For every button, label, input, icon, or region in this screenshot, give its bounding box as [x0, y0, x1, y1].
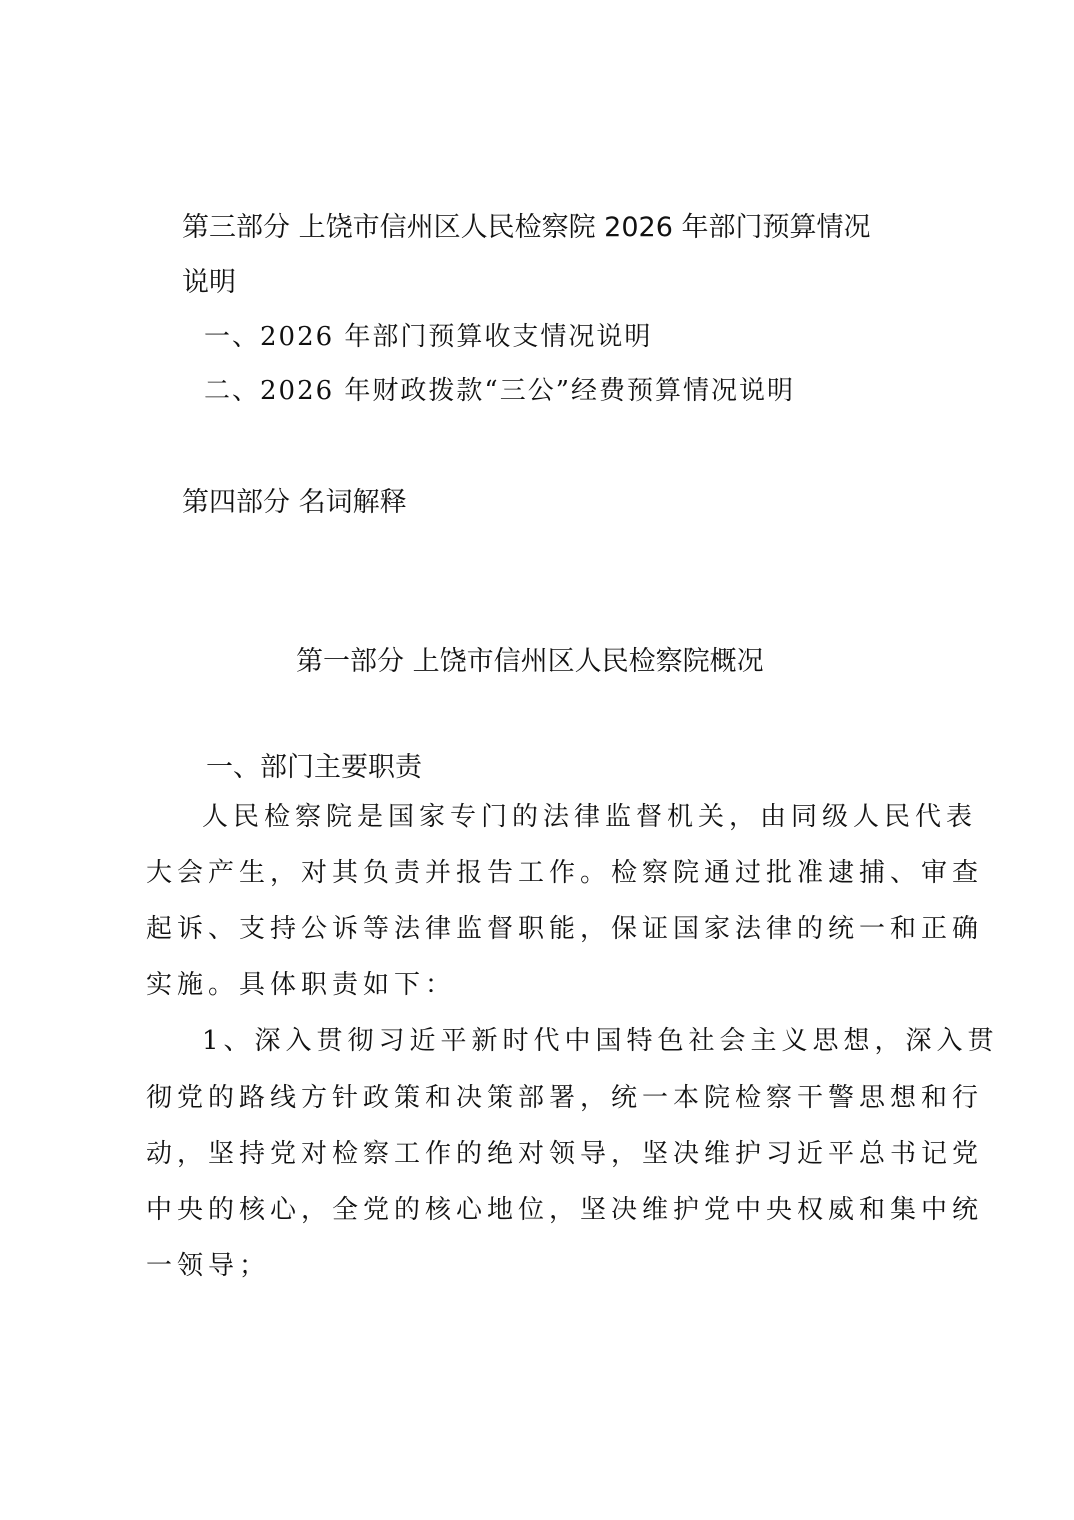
part3-title-line1: 第三部分 上饶市信州区人民检察院 2026 年部门预算情况 — [182, 205, 870, 244]
duty1-line-2: 彻党的路线方针政策和决策部署，统一本院检察干警思想和行 — [146, 1077, 983, 1114]
part3-item-2: 二、2026 年财政拨款“三公”经费预算情况说明 — [204, 370, 795, 407]
intro-line-1: 人民检察院是国家专门的法律监督机关，由同级人民代表 — [202, 796, 977, 833]
section1-subheading: 一、部门主要职责 — [206, 745, 422, 784]
part4-title: 第四部分 名词解释 — [182, 480, 407, 519]
intro-line-2: 大会产生，对其负责并报告工作。检察院通过批准逮捕、审查 — [146, 852, 983, 889]
duty1-line-4: 中央的核心，全党的核心地位，坚决维护党中央权威和集中统 — [146, 1189, 983, 1226]
part3-item-1: 一、2026 年部门预算收支情况说明 — [204, 316, 652, 353]
intro-line-4: 实施。具体职责如下： — [146, 964, 456, 1001]
part3-title-line2: 说明 — [182, 260, 236, 299]
duty1-line-1: 1、深入贯彻习近平新时代中国特色社会主义思想，深入贯 — [202, 1020, 999, 1057]
duty1-line-5: 一领导； — [146, 1245, 270, 1282]
section1-title: 第一部分 上饶市信州区人民检察院概况 — [296, 639, 764, 678]
intro-line-3: 起诉、支持公诉等法律监督职能，保证国家法律的统一和正确 — [146, 908, 983, 945]
duty1-line-3: 动，坚持党对检察工作的绝对领导，坚决维护习近平总书记党 — [146, 1133, 983, 1170]
